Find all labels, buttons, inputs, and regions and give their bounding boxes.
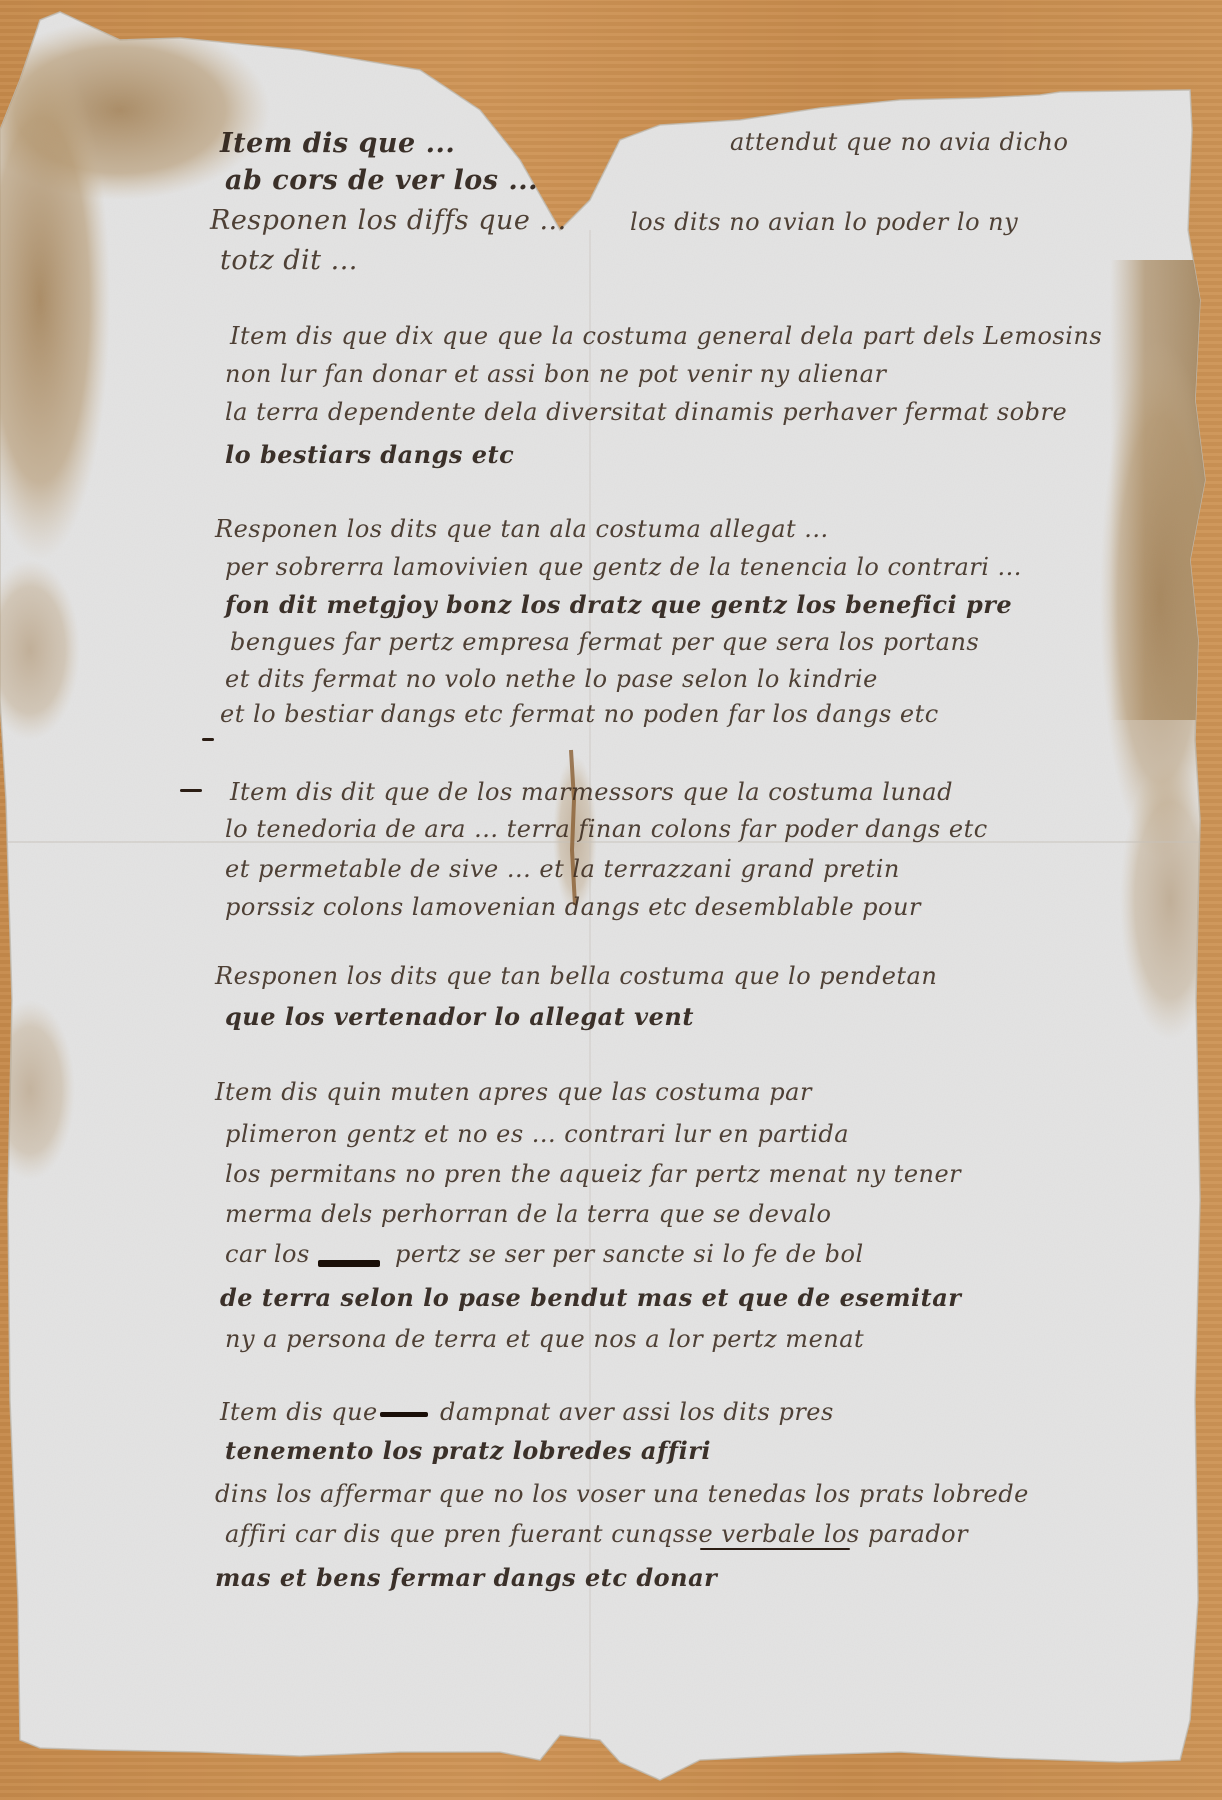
text-line: Responen los diffs que ... (210, 205, 567, 236)
text-line: per sobrerra lamovivien que gentz de la … (225, 553, 1022, 581)
text-line: Item dis que (220, 1398, 378, 1426)
struck-word (318, 1260, 380, 1267)
manuscript-text: Item dis que ... ab cors de ver los ... … (0, 0, 1222, 1800)
text-line: dampnat aver assi los dits pres (440, 1398, 834, 1426)
text-line: Item dis que dix que que la costuma gene… (230, 322, 1102, 350)
text-line: Responen los dits que tan ala costuma al… (215, 515, 829, 543)
text-line: porssiz colons lamovenian dangs etc dese… (225, 893, 921, 921)
text-line: la terra dependente dela diversitat dina… (225, 398, 1067, 426)
text-line: plimeron gentz et no es ... contrari lur… (225, 1120, 849, 1148)
text-line: car los (225, 1240, 310, 1268)
text-line: de terra selon lo pase bendut mas et que… (220, 1283, 961, 1312)
text-line: pertz se ser per sancte si lo fe de bol (395, 1240, 864, 1268)
text-line: fon dit metgjoy bonz los dratz que gentz… (225, 590, 1012, 619)
text-line: ny a persona de terra et que nos a lor p… (225, 1325, 864, 1353)
text-line: dins los affermar que no los voser una t… (215, 1480, 1029, 1508)
margin-mark (180, 789, 202, 792)
text-line: Item dis dit que de los marmessors que l… (230, 778, 953, 806)
text-line: Responen los dits que tan bella costuma … (215, 962, 937, 990)
text-line: los dits no avian lo poder lo ny (630, 208, 1018, 236)
text-line: lo bestiars dangs etc (225, 440, 514, 469)
text-line: non lur fan donar et assi bon ne pot ven… (225, 360, 886, 388)
text-line: Item dis quin muten apres que las costum… (215, 1078, 812, 1106)
text-line: tenemento los pratz lobredes affiri (225, 1436, 711, 1465)
struck-word (380, 1412, 428, 1417)
text-line: Item dis que ... (220, 128, 455, 159)
text-line: ab cors de ver los ... (225, 165, 538, 196)
text-line: et dits fermat no volo nethe lo pase sel… (225, 665, 878, 693)
text-line: lo tenedoria de ara ... terra finan colo… (225, 815, 988, 843)
text-line: bengues far pertz empresa fermat per que… (230, 628, 979, 656)
text-line: attendut que no avia dicho (730, 128, 1068, 156)
text-line: mas et bens fermar dangs etc donar (215, 1563, 717, 1592)
text-line: et lo bestiar dangs etc fermat no poden … (220, 700, 939, 728)
text-line: et permetable de sive ... et la terrazza… (225, 855, 900, 883)
text-line: que los vertenador lo allegat vent (225, 1002, 694, 1031)
line-filler-stroke (700, 1548, 850, 1550)
text-line: affiri car dis que pren fuerant cunqsse … (225, 1520, 968, 1548)
text-line: los permitans no pren the aqueiz far per… (225, 1160, 961, 1188)
margin-mark (202, 738, 214, 741)
text-line: merma dels perhorran de la terra que se … (225, 1200, 832, 1228)
text-line: totz dit ... (220, 245, 358, 276)
